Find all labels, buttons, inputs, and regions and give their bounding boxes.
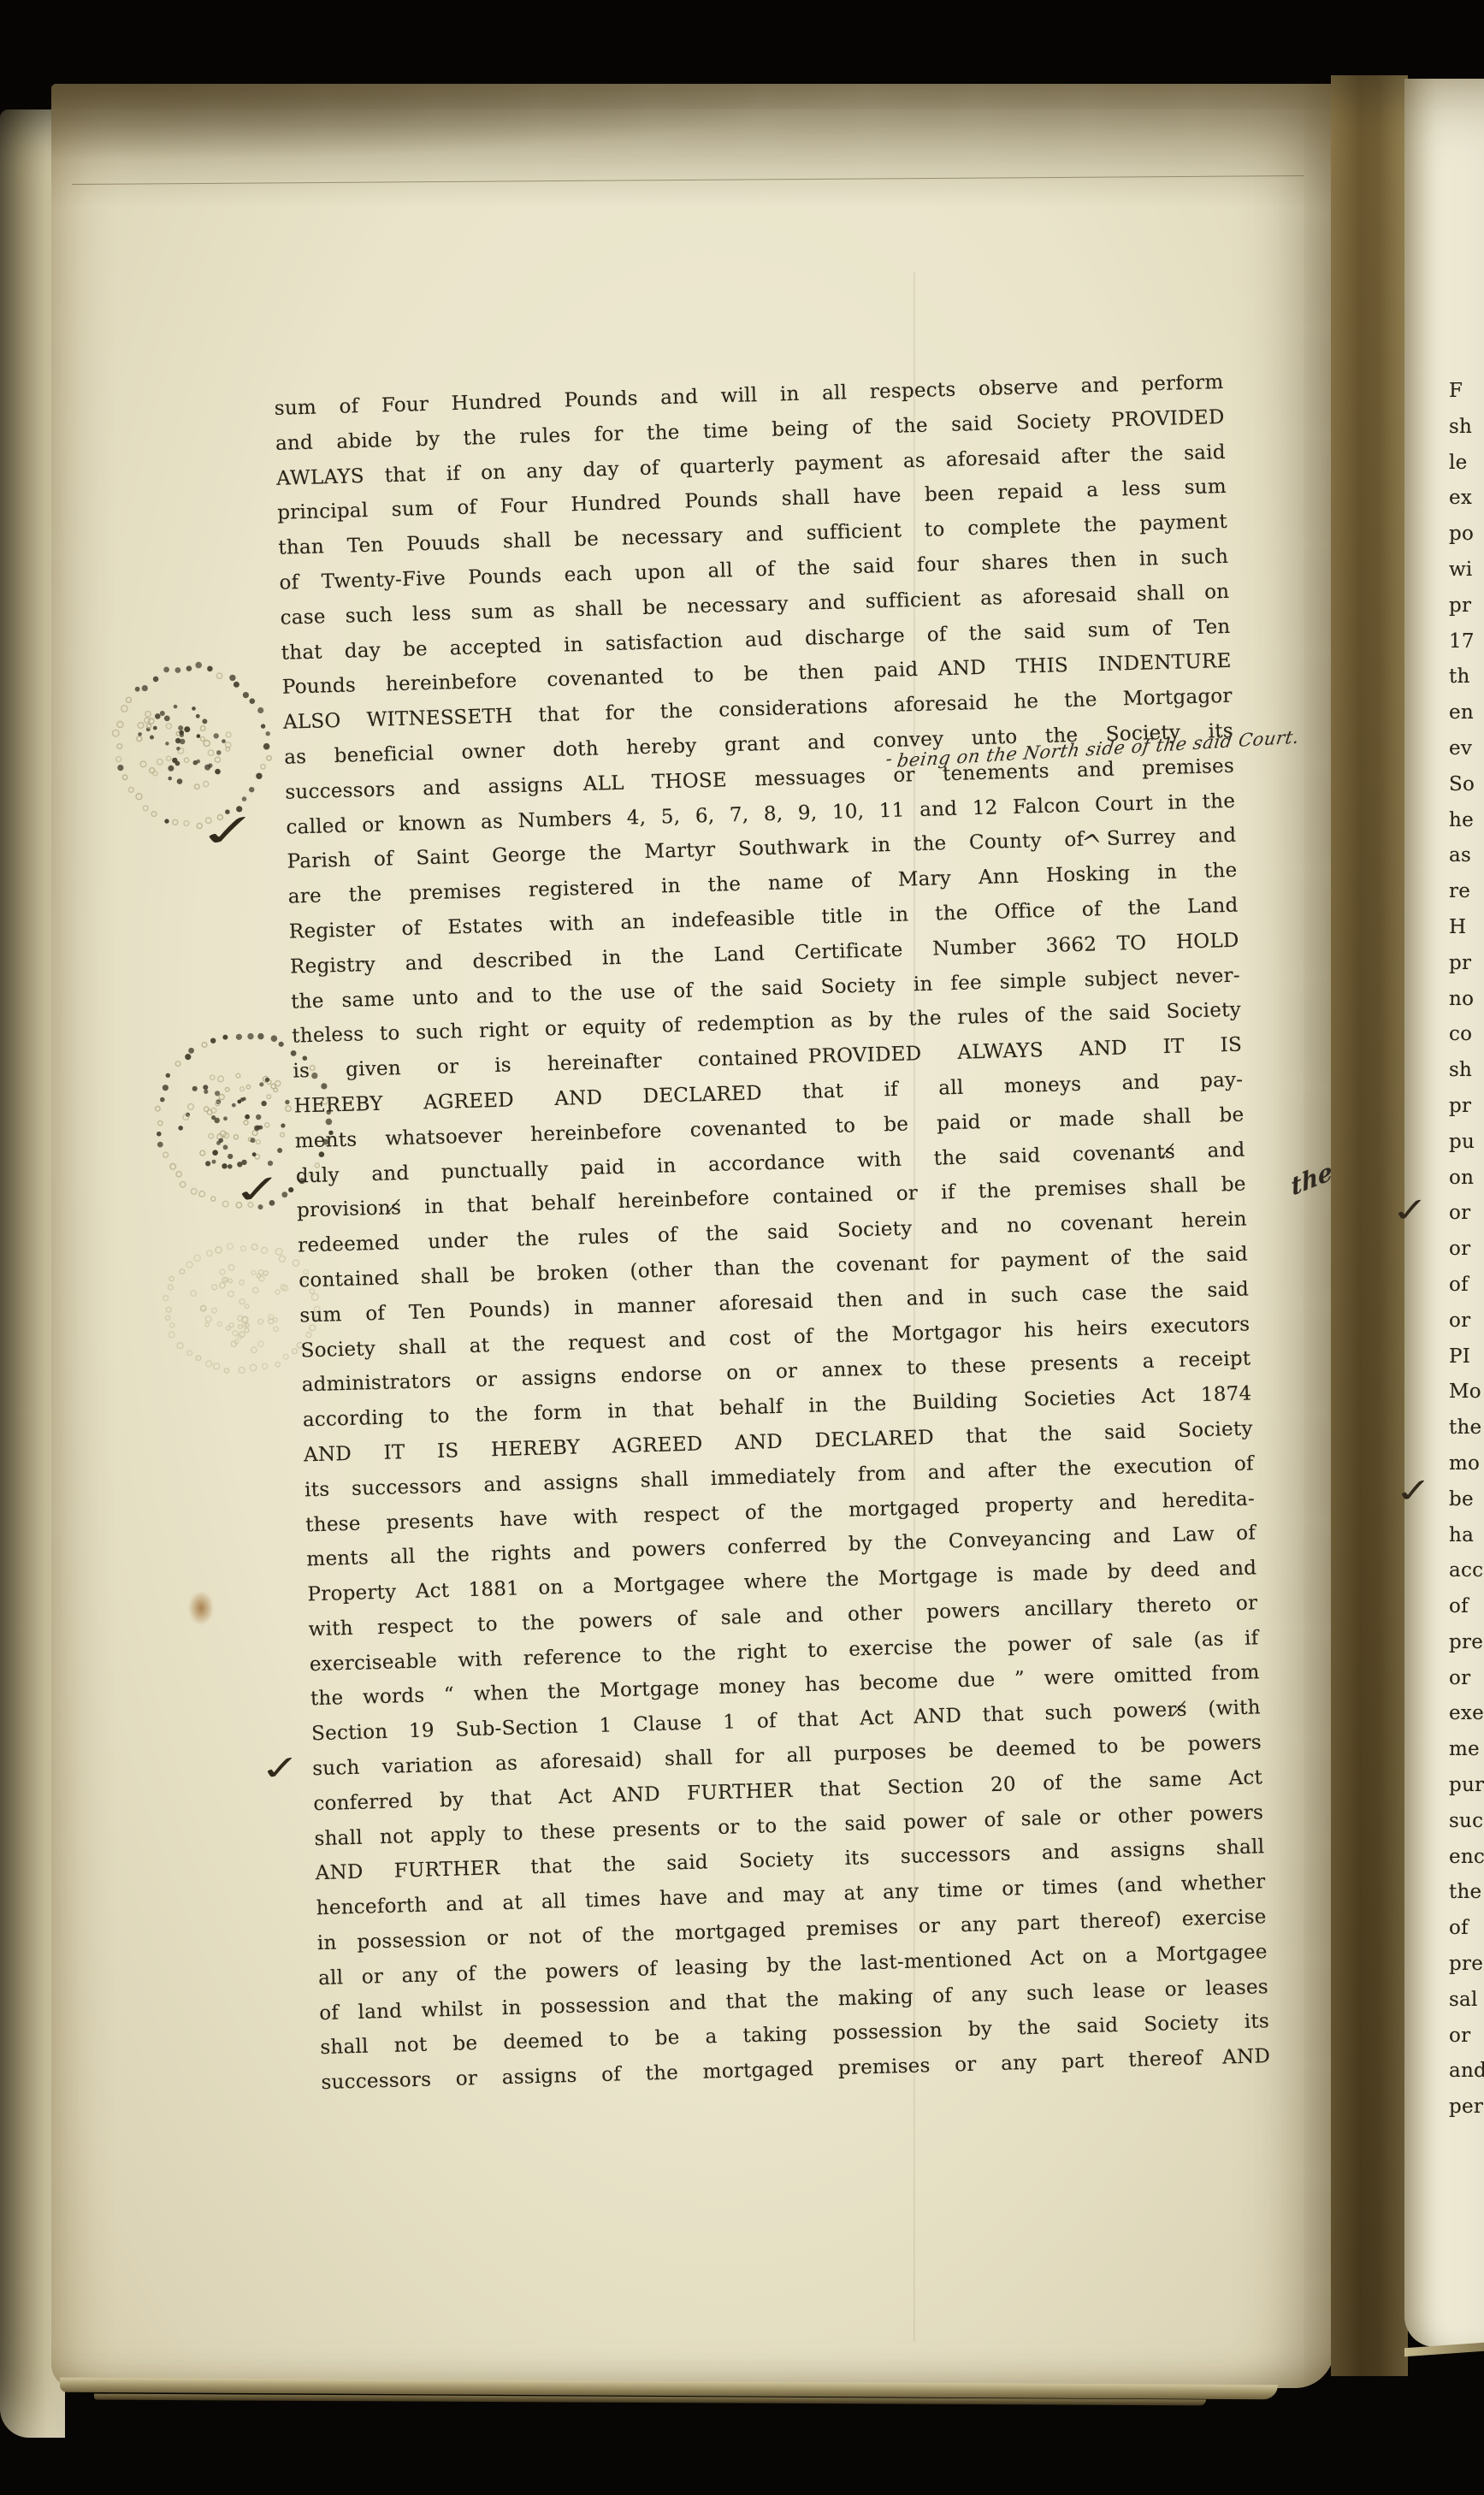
right-page-line-fragment: of bbox=[1449, 1268, 1484, 1304]
right-page-line-fragment: exe bbox=[1449, 1696, 1484, 1732]
margin-stain bbox=[188, 1591, 214, 1625]
right-page-line-fragment: Mo bbox=[1449, 1375, 1484, 1410]
right-page-line-fragment: th bbox=[1449, 659, 1484, 695]
right-page-line-fragment: or bbox=[1449, 1661, 1484, 1697]
right-page-line-fragment: wi bbox=[1449, 553, 1484, 588]
right-page-line-fragment: or bbox=[1449, 1232, 1484, 1268]
right-page-line-fragment: So bbox=[1449, 767, 1484, 803]
right-page-line-fragment: ex bbox=[1449, 481, 1484, 517]
right-page-bottom-edge bbox=[1404, 2343, 1484, 2357]
right-page-line-fragment: on bbox=[1449, 1161, 1484, 1197]
right-page-line-fragment: per bbox=[1449, 2090, 1484, 2125]
right-page-line-fragment: me bbox=[1449, 1732, 1484, 1768]
right-page-line-fragment: acc bbox=[1449, 1553, 1484, 1589]
right-page-line-fragment: en bbox=[1449, 695, 1484, 731]
right-page-line-fragment: pr bbox=[1449, 588, 1484, 624]
right-page-line-fragment: and bbox=[1449, 2054, 1484, 2090]
right-page-line-fragment: of bbox=[1449, 1911, 1484, 1947]
right-page-line-fragment: as bbox=[1449, 838, 1484, 874]
right-page-line-fragment: the bbox=[1449, 1875, 1484, 1911]
main-page: sum of Four Hundred Pounds and will in a… bbox=[51, 84, 1334, 2388]
right-page-line-fragment: sal bbox=[1449, 1983, 1484, 2019]
right-page-line-fragment: po bbox=[1449, 517, 1484, 553]
checkmark-annotation: ✓ bbox=[258, 1750, 302, 1786]
right-page-line-fragment: enc bbox=[1449, 1840, 1484, 1876]
right-page-line-fragment: pur bbox=[1449, 1768, 1484, 1804]
right-page-line-fragment: he bbox=[1449, 803, 1484, 839]
right-page-line-fragment: pre bbox=[1449, 1947, 1484, 1983]
right-page-lines: Fshleexpowipr17thenevSoheasreHprnocoshpr… bbox=[1449, 374, 1484, 2125]
book-scan-scene: sum of Four Hundred Pounds and will in a… bbox=[0, 0, 1484, 2495]
right-page-line-fragment: re bbox=[1449, 874, 1484, 910]
handwritten-margin-word: the bbox=[1289, 1156, 1333, 1202]
right-page-line-fragment: or bbox=[1449, 2019, 1484, 2055]
checkmark-annotation: ✓ bbox=[195, 807, 263, 855]
right-page-line-fragment: co bbox=[1449, 1017, 1484, 1053]
right-page-line-fragment: ha bbox=[1449, 1518, 1484, 1554]
checkmark-annotation: ✓ bbox=[230, 1169, 286, 1211]
right-page-line-fragment: ev bbox=[1449, 731, 1484, 767]
right-page-line-fragment: sh bbox=[1449, 410, 1484, 446]
right-page-line-fragment: H bbox=[1449, 910, 1484, 946]
right-page-line-fragment: pre bbox=[1449, 1625, 1484, 1661]
right-page-line-fragment: PI bbox=[1449, 1339, 1484, 1375]
right-page-line-fragment: pr bbox=[1449, 1089, 1484, 1125]
right-page-line-fragment: mo bbox=[1449, 1446, 1484, 1482]
embossed-perforated-stamp bbox=[97, 648, 288, 845]
right-page-line-fragment: or bbox=[1449, 1304, 1484, 1339]
right-page-line-fragment: le bbox=[1449, 446, 1484, 482]
right-page-line-fragment: or bbox=[1449, 1196, 1484, 1232]
right-page-line-fragment: suc bbox=[1449, 1804, 1484, 1840]
checkmark-annotation: ✓ bbox=[1392, 1474, 1434, 1509]
right-page-line-fragment: pu bbox=[1449, 1125, 1484, 1161]
right-page-line-fragment: be bbox=[1449, 1482, 1484, 1518]
document-lines: sum of Four Hundred Pounds and will in a… bbox=[274, 365, 1270, 2101]
right-page-line-fragment: pr bbox=[1449, 946, 1484, 982]
checkmark-annotation: ✓ bbox=[1389, 1193, 1431, 1228]
right-page-line-fragment: the bbox=[1449, 1410, 1484, 1446]
right-page-line-fragment: F bbox=[1449, 374, 1484, 410]
right-page-partial: Fshleexpowipr17thenevSoheasreHprnocoshpr… bbox=[1404, 79, 1484, 2347]
right-page-line-fragment: sh bbox=[1449, 1053, 1484, 1089]
page-top-grime bbox=[51, 84, 1334, 212]
right-page-line-fragment: 17 bbox=[1449, 624, 1484, 660]
right-page-line-fragment: no bbox=[1449, 982, 1484, 1018]
right-page-line-fragment: of bbox=[1449, 1589, 1484, 1625]
